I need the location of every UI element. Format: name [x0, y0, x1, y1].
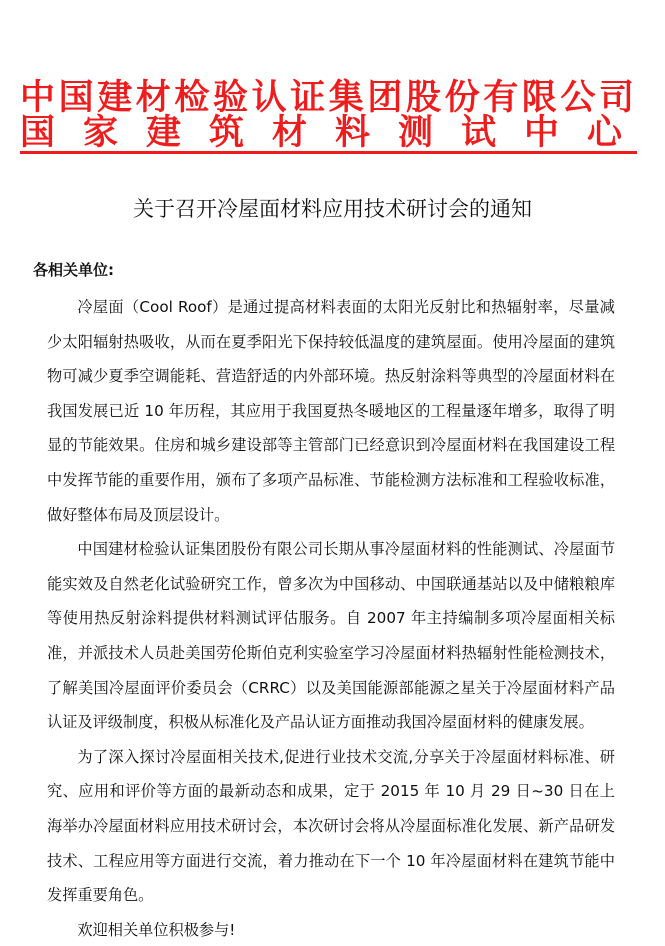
paragraph-company: 中国建材检验认证集团股份有限公司长期从事冷屋面材料的性能测试、冷屋面节能实效及自…: [47, 532, 615, 740]
letterhead-divider: [20, 151, 637, 154]
paragraph-intro: 冷屋面（Cool Roof）是通过提高材料表面的太阳光反射比和热辐射率，尽量减少…: [47, 290, 615, 532]
center-name: 国家建筑材料测试中心: [20, 113, 642, 153]
notice-title: 关于召开冷屋面材料应用技术研讨会的通知: [0, 194, 665, 224]
paragraph-welcome: 欢迎相关单位积极参与!: [47, 913, 615, 946]
notice-body: 冷屋面（Cool Roof）是通过提高材料表面的太阳光反射比和热辐射率，尽量减少…: [47, 290, 615, 946]
salutation: 各相关单位:: [33, 258, 114, 282]
paragraph-seminar: 为了深入探讨冷屋面相关技术,促进行业技术交流,分享关于冷屋面材料标准、研究、应用…: [47, 740, 615, 913]
